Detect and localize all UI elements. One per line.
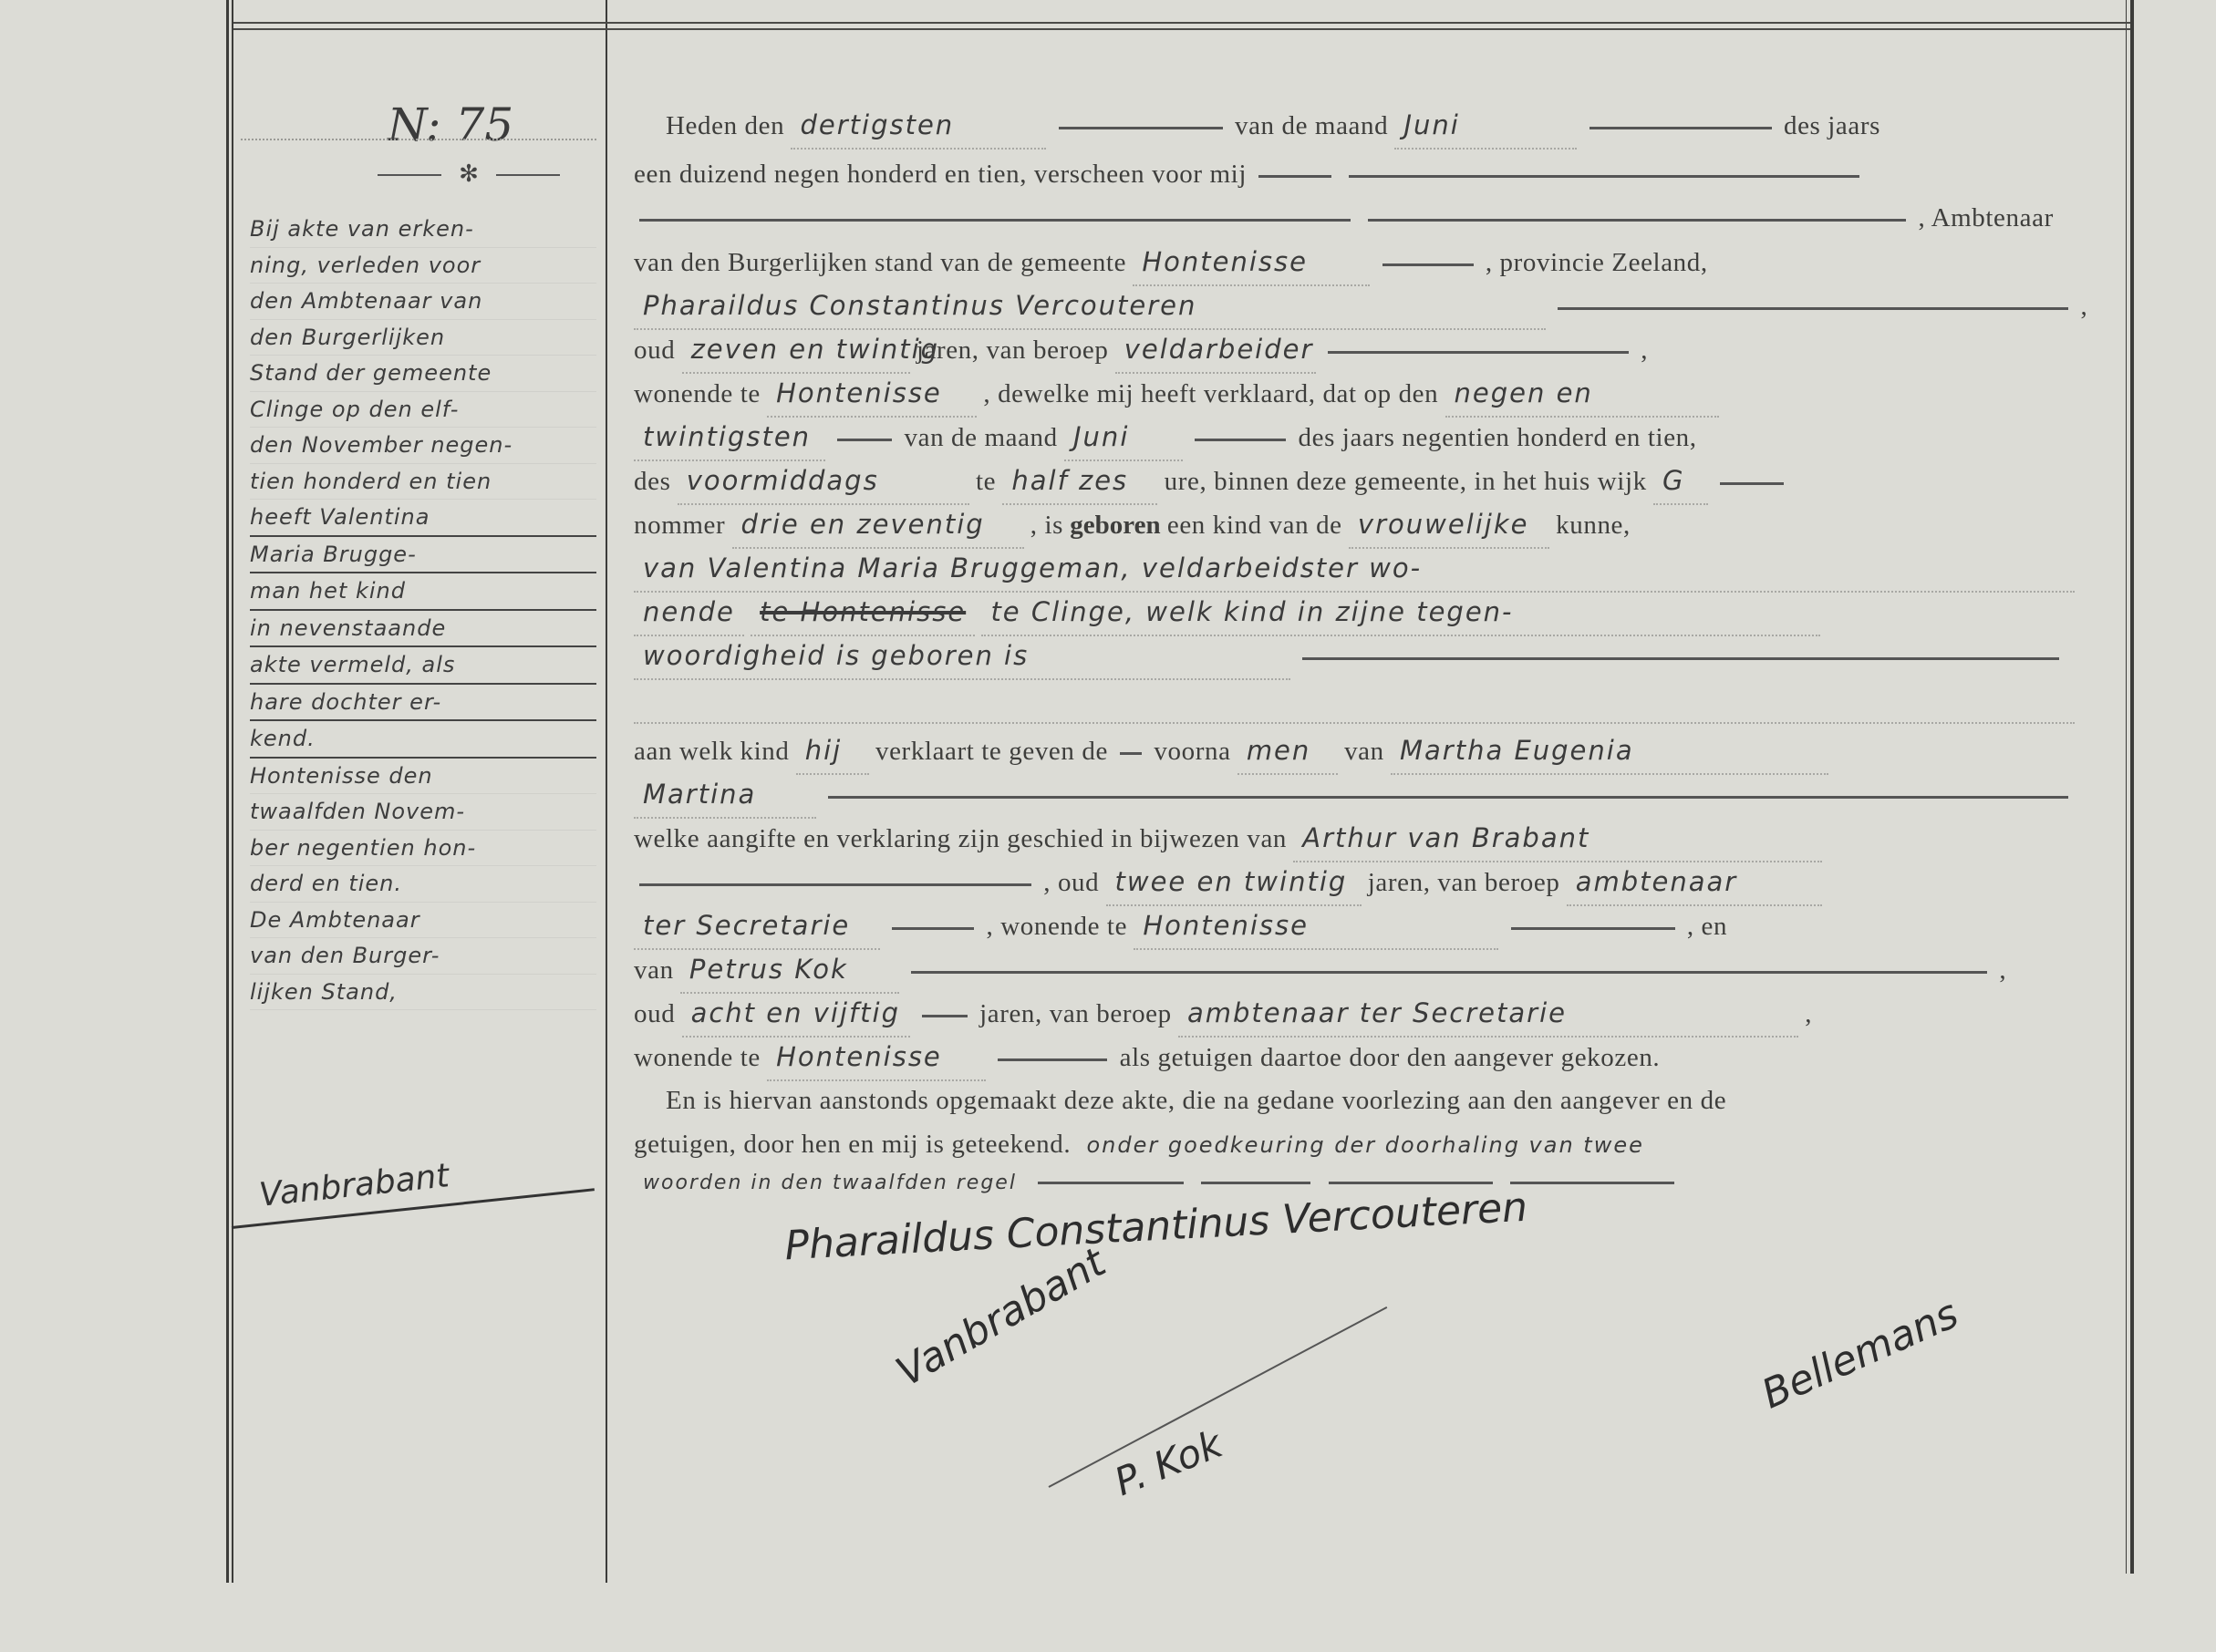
declarant-residence-field: Hontenisse (767, 370, 977, 418)
filler-dash (639, 883, 1031, 886)
form-line-14 (634, 676, 2093, 722)
ward-field: G (1653, 458, 1708, 505)
printed-text: Heden den (666, 111, 784, 140)
month-field: Juni (1394, 102, 1577, 150)
printed-text: van (1344, 737, 1384, 766)
printed-text: oud (634, 336, 675, 365)
printed-text: getuigen, door hen en mij is geteekend. (634, 1130, 1071, 1159)
margin-line: ber negentien hon- (250, 831, 596, 867)
printed-text: , (1641, 336, 1648, 365)
printed-text: , is (1030, 511, 1063, 540)
printed-text: , (2081, 292, 2088, 321)
filler-dash (998, 1058, 1107, 1061)
witness1-signature: Vanbrabant (889, 1239, 1113, 1396)
printed-text: wonende te (634, 1043, 761, 1072)
printed-text: , en (1687, 912, 1727, 941)
printed-text: , provincie Zeeland, (1486, 248, 1708, 277)
names-suffix-field: men (1237, 728, 1338, 775)
form-line-7: wonende te Hontenisse , dewelke mij heef… (634, 370, 2093, 416)
witness1-residence-field: Hontenisse (1134, 903, 1498, 950)
birth-hour-field: half zes (1002, 458, 1157, 505)
form-line-8: twintigsten van de maand Juni des jaars … (634, 414, 2093, 459)
filler-dash (1510, 1182, 1674, 1184)
approval-note-cont: woorden in den twaalfden regel (634, 1161, 1026, 1206)
filler-dash (1590, 127, 1772, 129)
printed-text: nommer (634, 511, 725, 540)
margin-line: in nevenstaande (250, 611, 596, 648)
witness2-signature: P. Kok (1108, 1421, 1228, 1504)
municipality-field: Hontenisse (1133, 239, 1370, 286)
form-line-4: van den Burgerlijken stand van de gemeen… (634, 239, 2093, 284)
printed-text: van de maand (905, 423, 1058, 452)
form-line-11: van Valentina Maria Bruggeman, veldarbei… (634, 545, 2093, 591)
margin-line: van den Burger- (250, 938, 596, 975)
child-name-field: Martha Eugenia (1391, 728, 1828, 775)
form-line-16: Martina (634, 771, 2093, 817)
witness2-name-field: Petrus Kok (680, 946, 899, 994)
printed-text: , Ambtenaar (1919, 203, 2054, 232)
witness2-occupation-field: ambtenaar ter Secretarie (1178, 990, 1798, 1038)
struck-text: te Hontenisse (751, 589, 975, 636)
filler-dash (892, 927, 974, 930)
margin-line: kend. (250, 721, 596, 759)
form-line-1: Heden den dertigsten van de maand Juni d… (666, 102, 2125, 148)
filler-dash (1328, 351, 1629, 354)
mother-field-cont: nende (634, 589, 744, 636)
filler-dash (828, 796, 2068, 799)
house-number-field: drie en zeventig (732, 501, 1024, 549)
margin-line: ning, verleden voor (250, 248, 596, 284)
declarant-pronoun-field: hij (796, 728, 869, 775)
printed-text: een duizend negen honderd en tien, versc… (634, 160, 1247, 189)
witness1-name-field: Arthur van Brabant (1293, 815, 1822, 862)
filler-dash (1120, 752, 1142, 755)
form-line-12: nende te Hontenisse te Clinge, welk kind… (634, 589, 2093, 635)
filler-dash (1511, 927, 1675, 930)
child-name-field-cont: Martina (634, 771, 816, 819)
filler-dash (1201, 1182, 1310, 1184)
filler-dash (1195, 439, 1286, 441)
form-line-3: , Ambtenaar (634, 195, 2093, 241)
filler-dash (1558, 307, 2068, 310)
birth-day-field: negen en (1445, 370, 1719, 418)
right-border-thin (2126, 0, 2127, 1574)
margin-line: Hontenisse den (250, 759, 596, 795)
printed-text: des jaars negentien honderd en tien, (1299, 423, 1697, 452)
sex-field: vrouwelijke (1349, 501, 1549, 549)
printed-text: jaren, van beroep (916, 336, 1109, 365)
printed-text: kunne, (1556, 511, 1631, 540)
printed-text: , wonende te (987, 912, 1128, 941)
presence-field: woordigheid is geboren is (634, 633, 1290, 680)
birth-month-field: Juni (1064, 414, 1183, 461)
margin-line: den Ambtenaar van (250, 284, 596, 320)
printed-text: verklaart te geven de (875, 737, 1108, 766)
margin-line: lijken Stand, (250, 975, 596, 1011)
printed-text: En is hiervan aanstonds opgemaakt deze a… (666, 1086, 1726, 1115)
day-field: dertigsten (791, 102, 1046, 150)
margin-line: hare dochter er- (250, 685, 596, 722)
margin-line: akte vermeld, als (250, 647, 596, 685)
form-line-17: welke aangifte en verklaring zijn geschi… (634, 815, 2093, 861)
printed-text: , (1999, 955, 2006, 985)
printed-text: des jaars (1784, 111, 1880, 140)
margin-line: den November negen- (250, 428, 596, 464)
ornament-icon: ✻ (378, 160, 560, 188)
filler-dash (1368, 219, 1906, 222)
document-page: N: 75 ✻ Bij akte van erken- ning, verled… (0, 0, 2216, 1652)
margin-line: man het kind (250, 573, 596, 611)
time-of-day-field: voormiddags (678, 458, 969, 505)
form-line-6: oud zeven en twintig jaren, van beroep v… (634, 326, 2093, 372)
filler-dash (1329, 1182, 1493, 1184)
geboren-bold-label: geboren (1070, 511, 1160, 540)
form-line-2: een duizend negen honderd en tien, versc… (634, 151, 2093, 197)
filler-dash (1258, 175, 1331, 178)
printed-text: des (634, 467, 670, 496)
printed-text: als getuigen daartoe door den aangever g… (1120, 1043, 1661, 1072)
birth-day-field-cont: twintigsten (634, 414, 825, 461)
margin-column: N: 75 ✻ Bij akte van erken- ning, verled… (232, 0, 606, 1586)
act-number: N: 75 (305, 98, 596, 151)
filler-dash (922, 1015, 968, 1017)
witness1-occupation-cont: ter Secretarie (634, 903, 880, 950)
margin-line: Bij akte van erken- (250, 212, 596, 248)
margin-annotation: Bij akte van erken- ning, verleden voor … (250, 212, 596, 1010)
margin-line: twaalfden Novem- (250, 794, 596, 831)
filler-dash (1382, 263, 1474, 266)
form-line-18: , oud twee en twintig jaren, van beroep … (634, 859, 2093, 904)
margin-line: tien honderd en tien (250, 464, 596, 501)
witness2-residence-field: Hontenisse (767, 1034, 986, 1081)
form-line-23: En is hiervan aanstonds opgemaakt deze a… (666, 1078, 2125, 1123)
printed-text: oud (634, 999, 675, 1028)
printed-text: van (634, 955, 674, 985)
printed-text: welke aangifte en verklaring zijn geschi… (634, 824, 1287, 853)
declarant-age-field: zeven en twintig (682, 326, 910, 374)
filler-dash (911, 971, 1987, 974)
left-outer-border (226, 0, 229, 1583)
filler-dash (1720, 482, 1784, 485)
mother-residence-field: te Clinge, welk kind in zijne tegen- (981, 589, 1820, 636)
printed-text: te (976, 467, 996, 496)
filler-dash (1349, 175, 1859, 178)
form-line-20: van Petrus Kok , (634, 946, 2093, 992)
filler-dash (639, 219, 1351, 222)
printed-text: , (1805, 999, 1812, 1028)
form-line-5: Pharaildus Constantinus Vercouteren , (634, 283, 2093, 328)
printed-text: jaren, van beroep (979, 999, 1172, 1028)
margin-line: De Ambtenaar (250, 903, 596, 939)
margin-line: heeft Valentina (250, 500, 596, 537)
right-border (2130, 0, 2134, 1574)
form-line-15: aan welk kind hij verklaart te geven de … (634, 728, 2093, 773)
margin-line: derd en tien. (250, 866, 596, 903)
margin-line: Clinge op den elf- (250, 392, 596, 428)
mother-field: van Valentina Maria Bruggeman, veldarbei… (634, 545, 2075, 593)
form-line-9: des voormiddags te half zes ure, binnen … (634, 458, 2093, 503)
printed-text: ure, binnen deze gemeente, in het huis w… (1165, 467, 1647, 496)
witness2-age-field: acht en vijftig (682, 990, 910, 1038)
official-signature: Bellemans (1755, 1291, 1965, 1419)
declarant-occupation-field: veldarbeider (1115, 326, 1316, 374)
form-line-10: nommer drie en zeventig , is geboren een… (634, 501, 2093, 547)
filler-dash (837, 439, 892, 441)
printed-text: een kind van de (1167, 511, 1342, 540)
printed-text: , oud (1043, 868, 1099, 897)
printed-text: van den Burgerlijken stand van de gemeen… (634, 248, 1126, 277)
declarant-name-field: Pharaildus Constantinus Vercouteren (634, 283, 1546, 330)
printed-text: jaren, van beroep (1368, 868, 1560, 897)
margin-line: Maria Brugge- (250, 537, 596, 574)
printed-text: , dewelke mij heeft verklaard, dat op de… (983, 379, 1438, 408)
margin-line: den Burgerlijken (250, 320, 596, 356)
column-divider (606, 0, 607, 1583)
empty-field (634, 676, 2075, 724)
filler-dash (1059, 127, 1223, 129)
printed-text: van de maand (1235, 111, 1388, 140)
form-column: Heden den dertigsten van de maand Juni d… (611, 0, 2097, 1586)
form-line-21: oud acht en vijftig jaren, van beroep am… (634, 990, 2093, 1036)
form-line-19: ter Secretarie , wonende te Hontenisse ,… (634, 903, 2093, 948)
filler-dash (1038, 1182, 1184, 1184)
margin-line: Stand der gemeente (250, 356, 596, 392)
form-line-13: woordigheid is geboren is (634, 633, 2093, 678)
printed-text: voorna (1154, 737, 1230, 766)
act-number-rule (241, 139, 596, 140)
printed-text: aan welk kind (634, 737, 789, 766)
printed-text: wonende te (634, 379, 761, 408)
witness1-age-field: twee en twintig (1106, 859, 1362, 906)
filler-dash (1302, 657, 2059, 660)
witness1-occupation-field: ambtenaar (1567, 859, 1822, 906)
form-line-22: wonende te Hontenisse als getuigen daart… (634, 1034, 2093, 1079)
